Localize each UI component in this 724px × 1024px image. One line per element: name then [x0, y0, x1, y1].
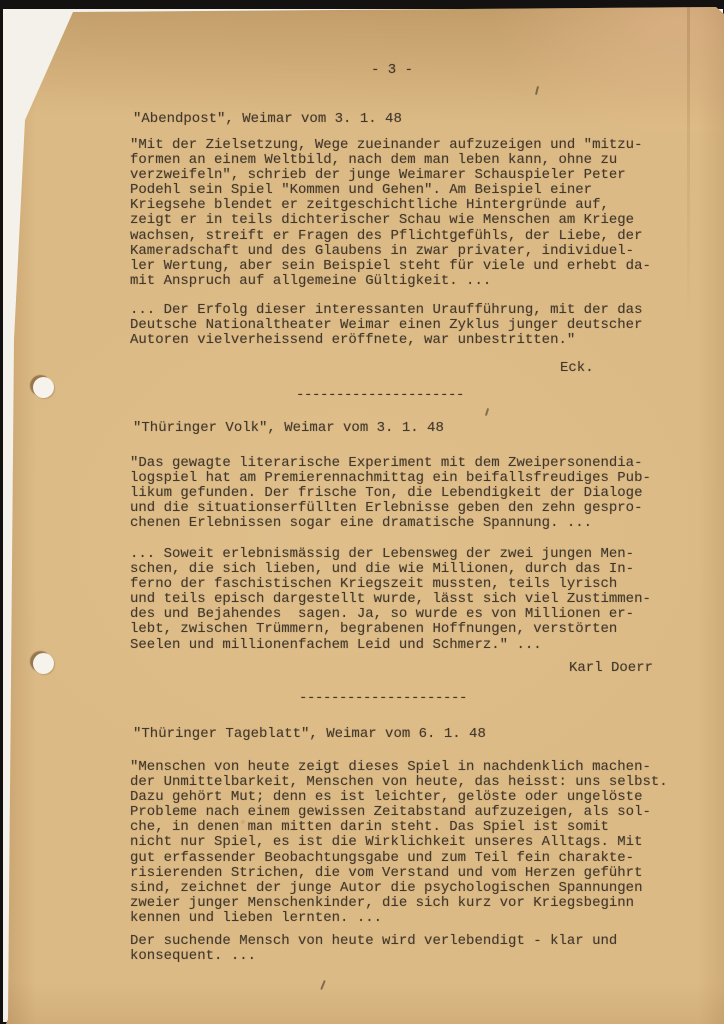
scanned-document-page: - 3 - "Abendpost", Weimar vom 3. 1. 48 "… [0, 0, 724, 1024]
review-paragraph: "Das gewagte literarische Experiment mit… [130, 456, 651, 531]
typed-divider: --------------------- [296, 388, 464, 403]
punch-hole-bottom [33, 653, 54, 674]
scan-speck [535, 86, 539, 95]
paper-crease [687, 0, 690, 330]
punch-hole-top [33, 377, 54, 398]
review-heading-thueringer-volk: "Thüringer Volk", Weimar vom 3. 1. 48 [133, 421, 444, 436]
typed-divider: --------------------- [299, 691, 467, 706]
review-heading-abendpost: "Abendpost", Weimar vom 3. 1. 48 [133, 112, 402, 127]
typewritten-page: - 3 - "Abendpost", Weimar vom 3. 1. 48 "… [0, 0, 724, 1024]
scan-speck [485, 408, 489, 416]
review-paragraph: ... Der Erfolg dieser interessanten Urau… [130, 303, 642, 348]
review-paragraph: "Mit der Zielsetzung, Wege zueinander au… [130, 138, 651, 289]
review-paragraph: "Menschen von heute zeigt dieses Spiel i… [130, 760, 668, 926]
reviewer-signature: Karl Doerr [569, 661, 653, 676]
page-number: - 3 - [371, 63, 413, 78]
review-paragraph: ... Soweit erlebnismässig der Lebensweg … [130, 547, 651, 653]
reviewer-signature: Eck. [560, 361, 594, 376]
review-heading-thueringer-tageblatt: "Thüringer Tageblatt", Weimar vom 6. 1. … [133, 727, 486, 742]
review-paragraph: Der suchende Mensch von heute wird verle… [130, 934, 617, 964]
scan-speck [320, 980, 326, 990]
